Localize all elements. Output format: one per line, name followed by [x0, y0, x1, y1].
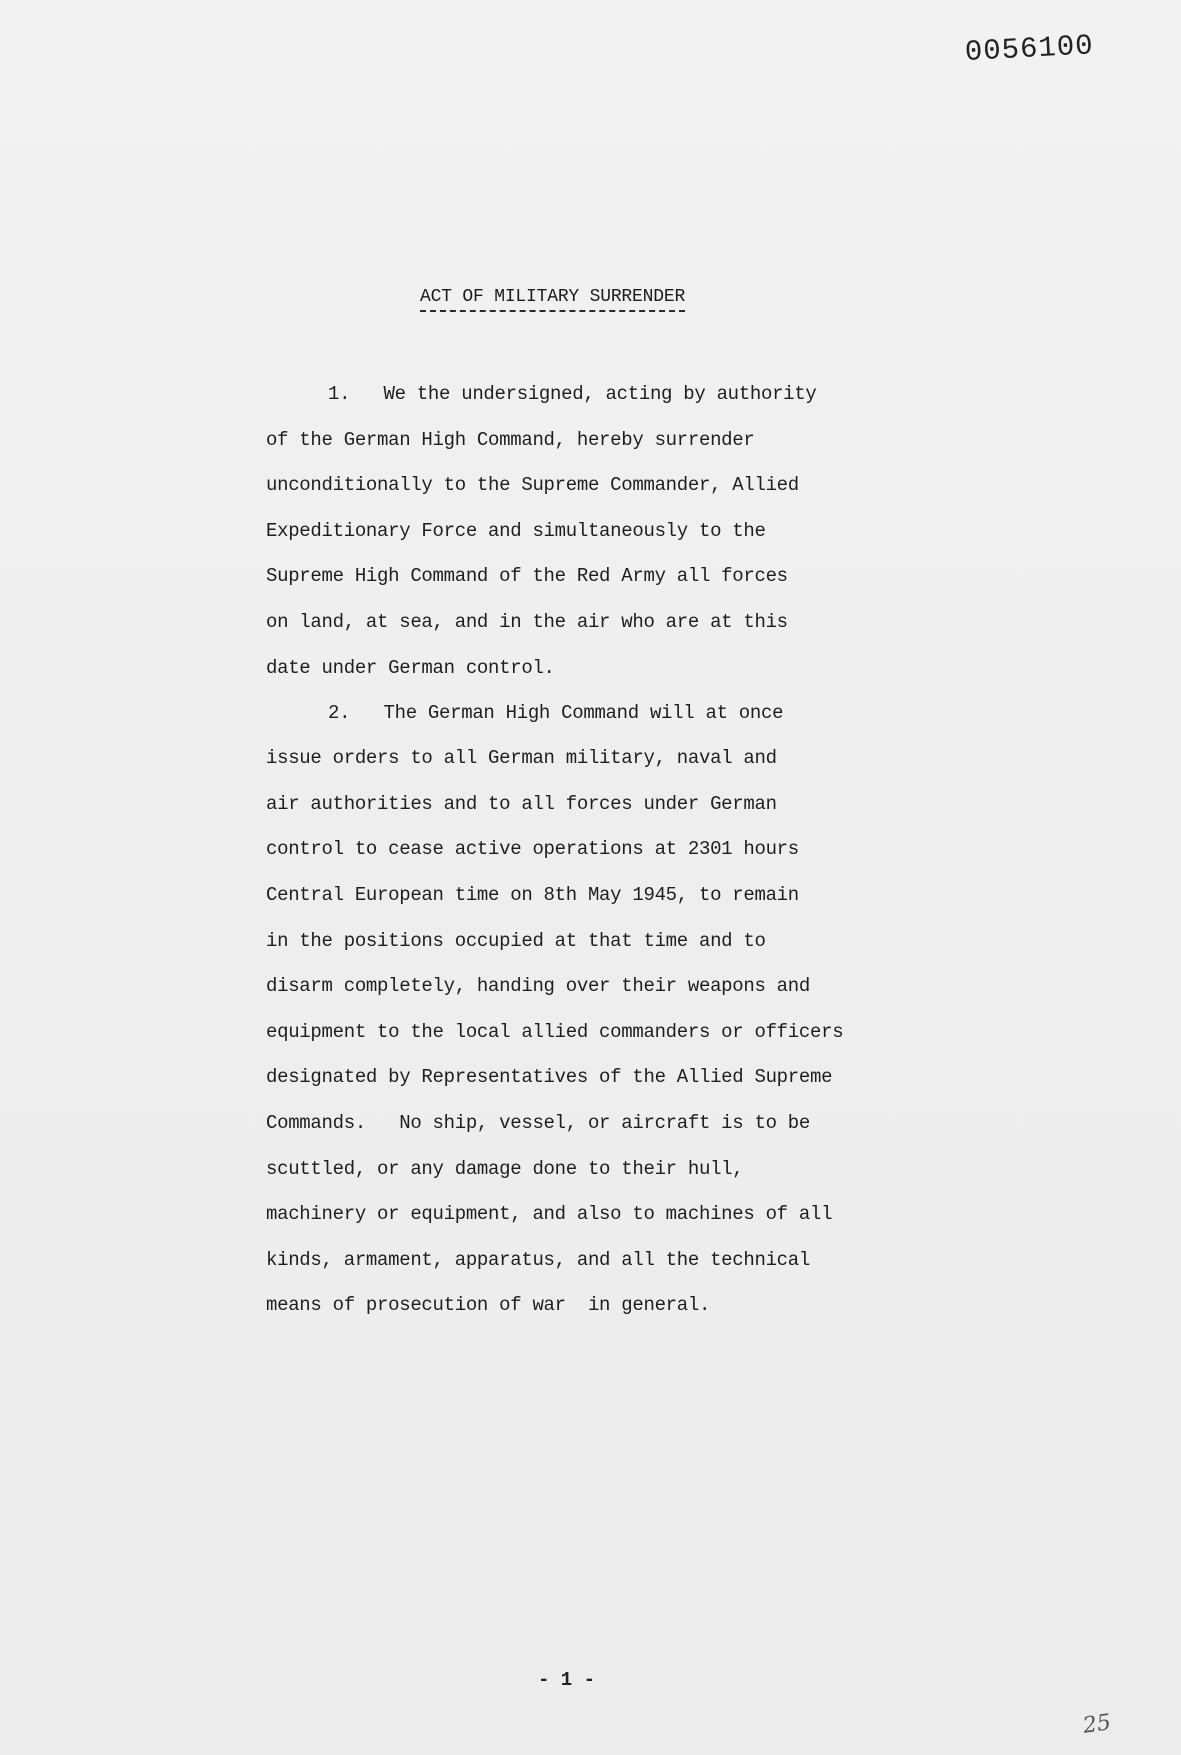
text-line: kinds, armament, apparatus, and all the … [266, 1246, 906, 1292]
text-line: designated by Representatives of the All… [266, 1063, 906, 1109]
text-line: air authorities and to all forces under … [266, 790, 906, 836]
paragraph-1: 1. We the undersigned, acting by authori… [266, 380, 906, 699]
handwritten-mark: 25 [1081, 1710, 1112, 1739]
document-stamp-number: 0056100 [964, 29, 1094, 69]
text-line: equipment to the local allied commanders… [266, 1018, 906, 1064]
page-number: - 1 - [538, 1669, 595, 1691]
text-line: issue orders to all German military, nav… [266, 744, 906, 790]
text-line: of the German High Command, hereby surre… [266, 426, 906, 472]
text-line: on land, at sea, and in the air who are … [266, 608, 906, 654]
text-line: Commands. No ship, vessel, or aircraft i… [266, 1109, 906, 1155]
document-title: ACT OF MILITARY SURRENDER [420, 287, 685, 312]
text-line: disarm completely, handing over their we… [266, 972, 906, 1018]
document-page: 0056100 ACT OF MILITARY SURRENDER 1. We … [0, 0, 1181, 1755]
text-line: Central European time on 8th May 1945, t… [266, 881, 906, 927]
text-line: in the positions occupied at that time a… [266, 927, 906, 973]
text-line: machinery or equipment, and also to mach… [266, 1200, 906, 1246]
document-body: 1. We the undersigned, acting by authori… [266, 380, 906, 1337]
text-line: scuttled, or any damage done to their hu… [266, 1155, 906, 1201]
text-line: 2. The German High Command will at once [266, 699, 906, 745]
text-line: 1. We the undersigned, acting by authori… [266, 380, 906, 426]
text-line: unconditionally to the Supreme Commander… [266, 471, 906, 517]
text-line: control to cease active operations at 23… [266, 835, 906, 881]
text-line: Supreme High Command of the Red Army all… [266, 562, 906, 608]
text-line: Expeditionary Force and simultaneously t… [266, 517, 906, 563]
text-line: means of prosecution of war in general. [266, 1291, 906, 1337]
paragraph-2: 2. The German High Command will at once … [266, 699, 906, 1337]
text-line: date under German control. [266, 654, 906, 699]
